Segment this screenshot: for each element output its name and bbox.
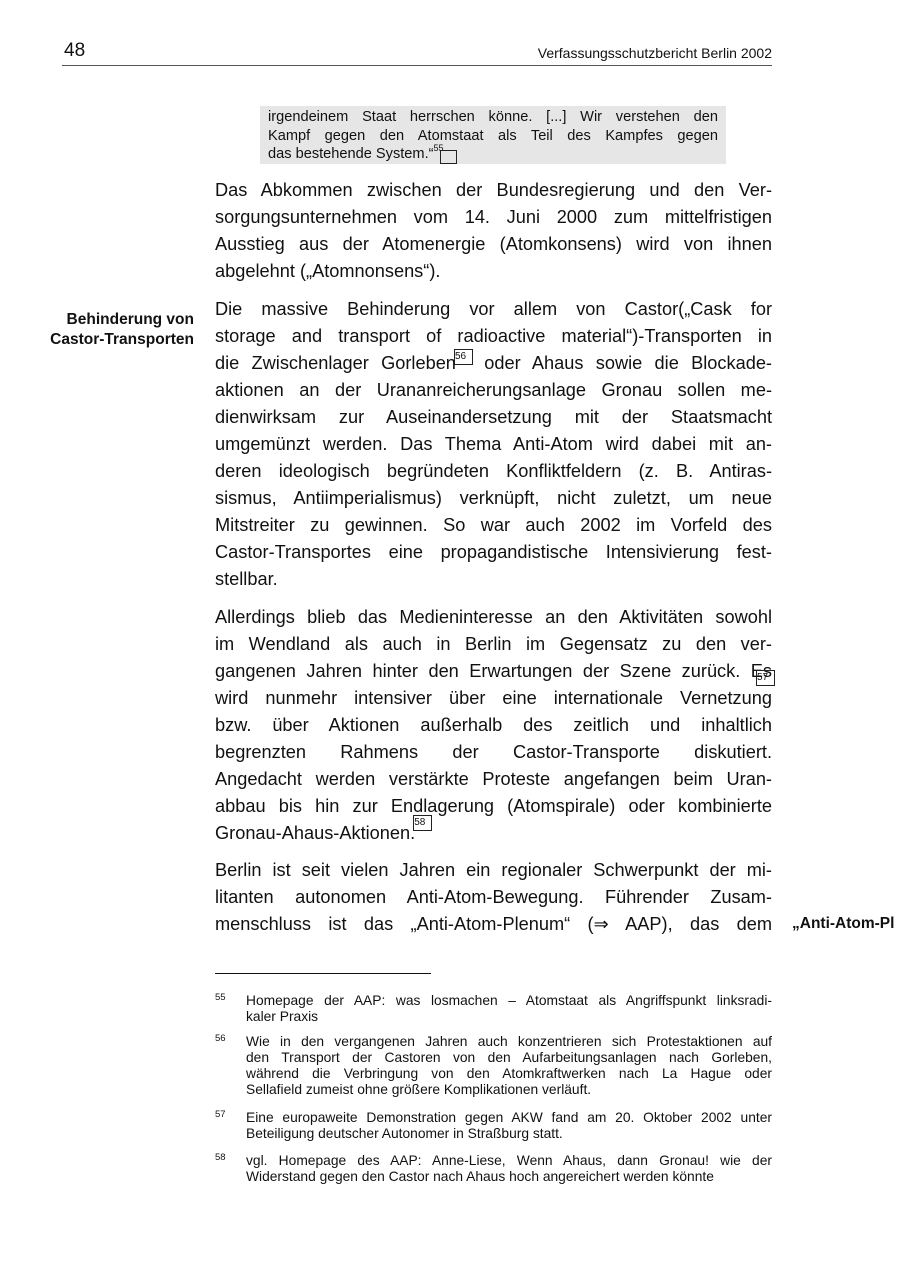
footnote-number: 56 <box>215 1031 226 1047</box>
margin-note-anti-atom-plenum: „Anti-Atom-Pl <box>792 914 894 934</box>
quote-line: Kampf gegen den Atomstaat als Teil des K… <box>268 127 718 146</box>
paragraph-castor: Die massive Behinderung vor allem von Ca… <box>215 296 772 593</box>
footnote-separator <box>215 973 431 974</box>
text-line: wird nunmehr intensiver über eine intern… <box>215 685 772 712</box>
text-line: Mitstreiter zu gewinnen. So war auch 200… <box>215 512 772 539</box>
text-line: Berlin ist seit vielen Jahren ein region… <box>215 857 772 884</box>
margin-note-line: Castor-Transporten <box>20 330 194 350</box>
text-line: litanten autonomen Anti-Atom-Bewegung. F… <box>215 884 772 911</box>
text-line: aktionen an der Urananreicherungsanlage … <box>215 377 772 404</box>
text-line: die Zwischenlager Gorleben56 oder Ahaus … <box>215 350 772 377</box>
margin-note-line: Behinderung von <box>20 310 194 330</box>
footnote-line: Widerstand gegen den Castor nach Ahaus h… <box>246 1169 772 1185</box>
margin-note-castor: Behinderung von Castor-Transporten <box>20 310 194 350</box>
text-line: dienwirksam zur Auseinandersetzung mit d… <box>215 404 772 431</box>
footnote-57: 57 Eine europaweite Demonstration gegen … <box>215 1110 772 1142</box>
running-title: Verfassungsschutzbericht Berlin 2002 <box>538 45 772 61</box>
footnote-line: kaler Praxis <box>246 1009 772 1025</box>
text-line: Angedacht werden verstärkte Proteste ang… <box>215 766 772 793</box>
footnote-line: vgl. Homepage des AAP: Anne-Liese, Wenn … <box>246 1153 772 1169</box>
footnote-line: Wie in den vergangenen Jahren auch konze… <box>246 1034 772 1050</box>
footnote-line: Homepage der AAP: was losmachen – Atomst… <box>246 993 772 1009</box>
text-line: Gronau-Ahaus-Aktionen.58 <box>215 820 772 847</box>
footnote-ref-58-box[interactable]: 58 <box>413 815 432 831</box>
text-line: Allerdings blieb das Medieninteresse an … <box>215 604 772 631</box>
footnote-ref-56[interactable]: 56 <box>456 353 472 373</box>
text-line: sismus, Antiimperialismus) verknüpft, ni… <box>215 485 772 512</box>
text-line: umgemünzt werden. Das Thema Anti-Atom wi… <box>215 431 772 458</box>
footnote-ref-57-box[interactable]: 57 <box>756 670 775 686</box>
margin-note-line: „Anti-Atom-Pl <box>792 914 894 934</box>
page-header: 48 Verfassungsschutzbericht Berlin 2002 <box>62 40 772 66</box>
text-segment: Gronau-Ahaus-Aktionen. <box>215 823 415 843</box>
footnote-line: den Transport der Castoren von den Aufar… <box>246 1050 772 1066</box>
page-number: 48 <box>64 40 85 62</box>
footnote-line: während die Verbringung von den Atomkraf… <box>246 1066 772 1082</box>
text-line: storage and transport of radioactive mat… <box>215 323 772 350</box>
paragraph-atomkonsens: Das Abkommen zwischen der Bundesregierun… <box>215 177 772 285</box>
quote-line: das bestehende System.“55 <box>268 145 718 164</box>
footnote-number: 58 <box>215 1150 226 1166</box>
paragraph-medieninteresse: Allerdings blieb das Medieninteresse an … <box>215 604 772 847</box>
paragraph-berlin-schwerpunkt: Berlin ist seit vielen Jahren ein region… <box>215 857 772 938</box>
footnote-58: 58 vgl. Homepage des AAP: Anne-Liese, We… <box>215 1153 772 1185</box>
footnote-56: 56 Wie in den vergangenen Jahren auch ko… <box>215 1034 772 1098</box>
text-line: stellbar. <box>215 566 772 593</box>
text-line: menschluss ist das „Anti-Atom-Plenum“ (⇒… <box>215 911 772 938</box>
text-segment: wird nunmehr intensiver über eine intern… <box>215 688 772 708</box>
text-segment: oder Ahaus sowie die Blockade- <box>472 353 772 373</box>
text-segment: die Zwischenlager Gorleben <box>215 353 456 373</box>
text-line: Ausstieg aus der Atomenergie (Atomkonsen… <box>215 231 772 258</box>
text-line: abbau bis hin zur Endlagerung (Atomspira… <box>215 793 772 820</box>
text-line: gangenen Jahren hinter den Erwartungen d… <box>215 658 772 685</box>
footnote-number: 57 <box>215 1107 226 1123</box>
footnote-line: Sellafield zumeist ohne größere Komplika… <box>246 1082 772 1098</box>
footnote-line: Eine europaweite Demonstration gegen AKW… <box>246 1110 772 1126</box>
text-line: Castor-Transportes eine propagandistisch… <box>215 539 772 566</box>
text-line: sorgungsunternehmen vom 14. Juni 2000 zu… <box>215 204 772 231</box>
quote-line: irgendeinem Staat herrschen könne. [...]… <box>268 108 718 127</box>
text-line: deren ideologisch begründeten Konfliktfe… <box>215 458 772 485</box>
footnote-55: 55 Homepage der AAP: was losmachen – Ato… <box>215 993 772 1025</box>
text-line: Die massive Behinderung vor allem von Ca… <box>215 296 772 323</box>
footnote-line: Beteiligung deutscher Autonomer in Straß… <box>246 1126 772 1142</box>
text-line: bzw. über Aktionen außerhalb des zeitlic… <box>215 712 772 739</box>
text-line: im Wendland als auch in Berlin im Gegens… <box>215 631 772 658</box>
footnote-ref-56-box[interactable]: 56 <box>454 349 473 365</box>
text-line: begrenzten Rahmens der Castor-Transporte… <box>215 739 772 766</box>
quote-line-text: das bestehende System.“ <box>268 146 434 162</box>
footnote-number: 55 <box>215 990 226 1006</box>
text-line: Das Abkommen zwischen der Bundesregierun… <box>215 177 772 204</box>
footnote-anchor-box <box>440 150 457 164</box>
text-line: abgelehnt („Atomnonsens“). <box>215 258 772 285</box>
quote-block: irgendeinem Staat herrschen könne. [...]… <box>260 106 726 164</box>
